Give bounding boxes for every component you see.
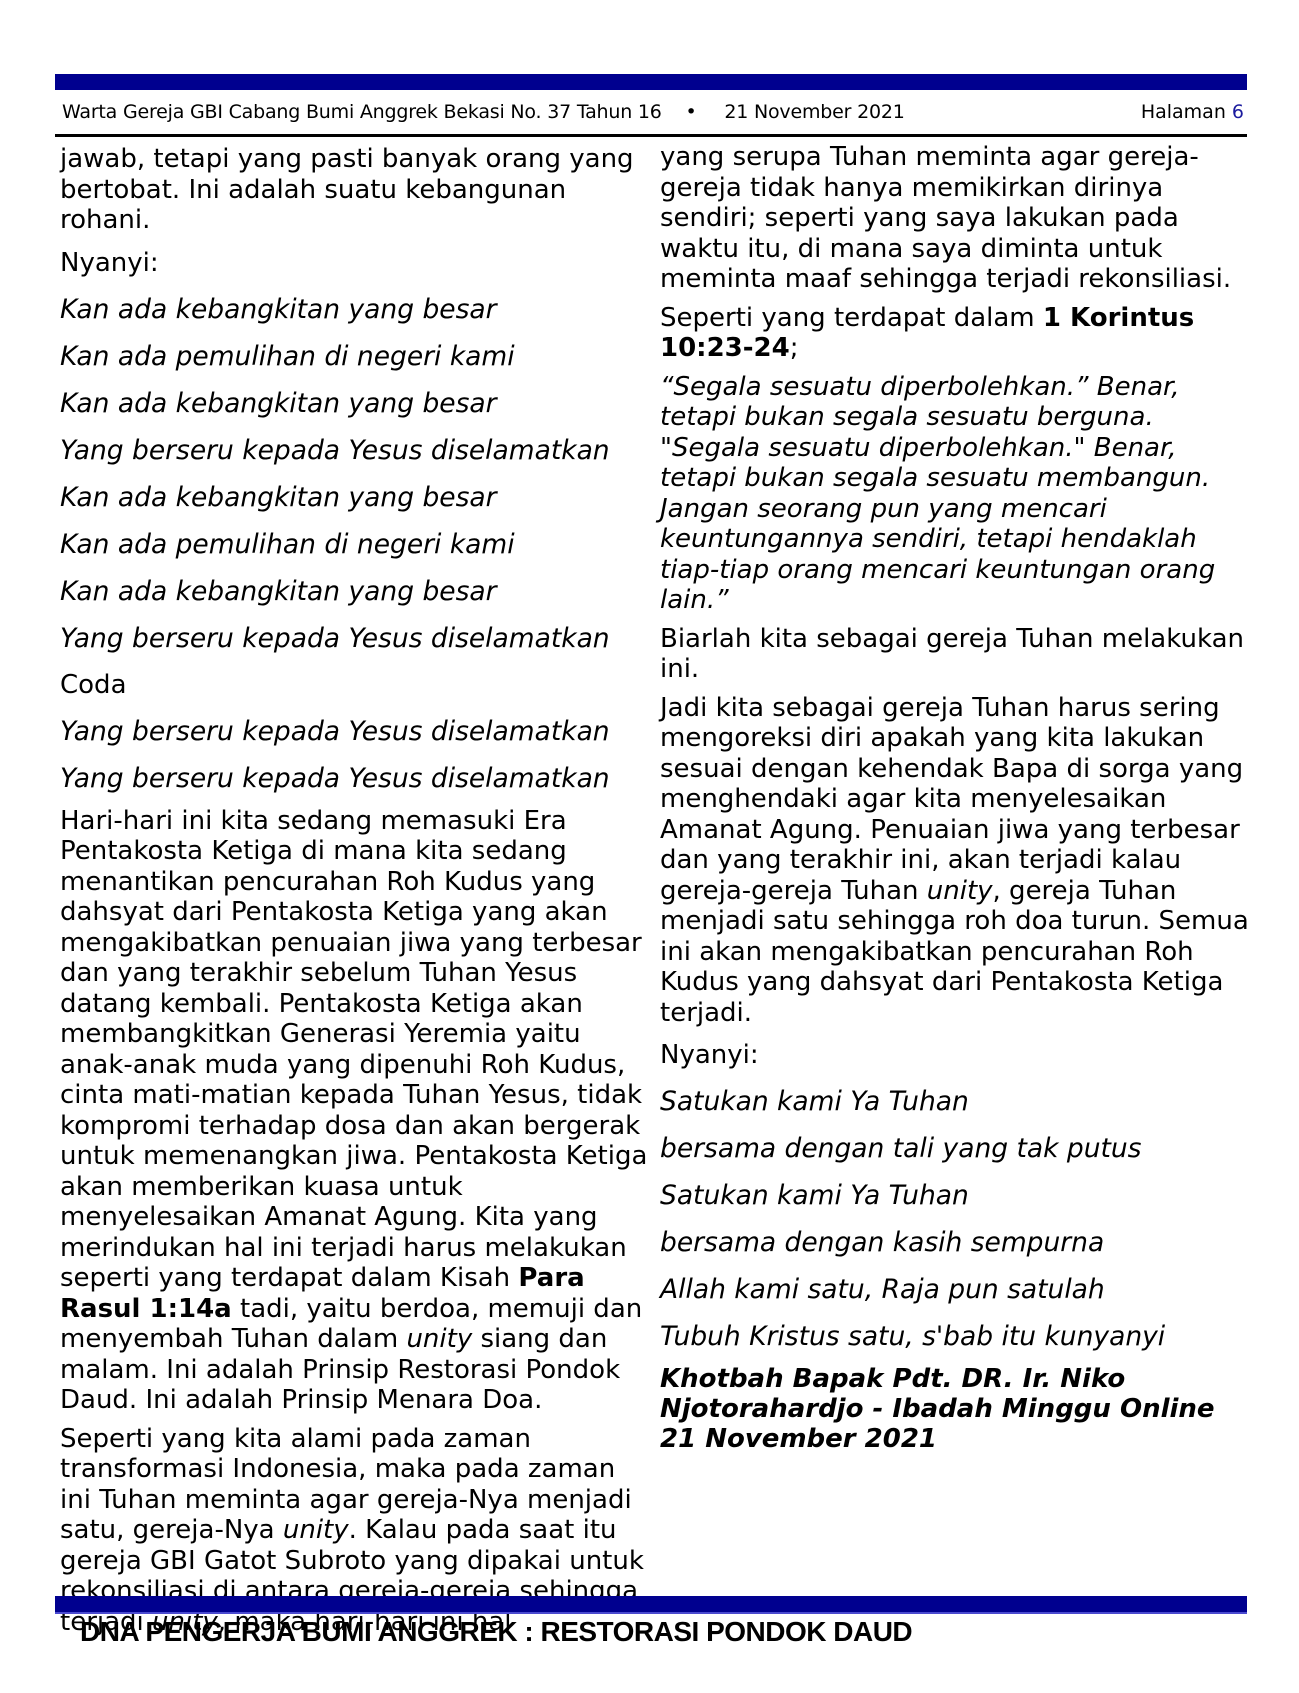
body-paragraph-rekonsiliasi: yang serupa Tuhan meminta agar gereja-ge… (660, 142, 1250, 295)
lyric-line: Tubuh Kristus satu, s'bab itu kunyanyi (660, 1317, 1250, 1356)
song1-lyrics: Kan ada kebangkitan yang besar Kan ada p… (60, 290, 650, 658)
lyric-line: Allah kami satu, Raja pun satulah (660, 1270, 1250, 1309)
emphasis-word: unity (927, 876, 993, 906)
song2-label: Nyanyi: (660, 1036, 1250, 1074)
lyric-line: Kan ada pemulihan di negeri kami (60, 525, 650, 564)
body-paragraph-pentakosta: Hari-hari ini kita sedang memasuki Era P… (60, 806, 650, 1416)
lyric-line: bersama dengan tali yang tak putus (660, 1129, 1250, 1168)
issue-date: 21 November 2021 (724, 101, 904, 123)
sermon-credit: Khotbah Bapak Pdt. DR. Ir. Niko Njotorah… (660, 1364, 1250, 1454)
bullet-separator: • (686, 101, 697, 123)
coda-label: Coda (60, 666, 650, 704)
lyric-line: Yang berseru kepada Yesus diselamatkan (60, 431, 650, 470)
header-top-bar (55, 74, 1247, 90)
intro-paragraph: jawab, tetapi yang pasti banyak orang ya… (60, 144, 650, 236)
text-span: ; (790, 333, 799, 363)
emphasis-word: unity (283, 1515, 349, 1545)
body-paragraph-korintus: Seperti yang terdapat dalam 1 Korintus 1… (660, 303, 1250, 364)
publication-title: Warta Gereja GBI Cabang Bumi Anggrek Bek… (62, 101, 662, 123)
right-column: yang serupa Tuhan meminta agar gereja-ge… (660, 142, 1250, 1462)
lyric-line: Kan ada kebangkitan yang besar (60, 572, 650, 611)
lyric-line: Yang berseru kepada Yesus diselamatkan (60, 712, 650, 751)
song1-label: Nyanyi: (60, 244, 650, 282)
header-divider (55, 134, 1247, 137)
lyric-line: Kan ada pemulihan di negeri kami (60, 337, 650, 376)
footer-bar (55, 1596, 1247, 1612)
lyric-line: Kan ada kebangkitan yang besar (60, 384, 650, 423)
footer-title: DNA PENGERJA BUMI ANGGREK : RESTORASI PO… (80, 1616, 912, 1648)
song2-lyrics: Satukan kami Ya Tuhan bersama dengan tal… (660, 1082, 1250, 1356)
lyric-line: Kan ada kebangkitan yang besar (60, 478, 650, 517)
page-label: Halaman (1141, 101, 1226, 123)
page-header: Warta Gereja GBI Cabang Bumi Anggrek Bek… (62, 98, 1244, 126)
left-column: jawab, tetapi yang pasti banyak orang ya… (60, 144, 650, 1645)
emphasis-word: unity (406, 1324, 472, 1354)
coda-lyrics: Yang berseru kepada Yesus diselamatkan Y… (60, 712, 650, 798)
lyric-line: bersama dengan kasih sempurna (660, 1223, 1250, 1262)
lyric-line: Yang berseru kepada Yesus diselamatkan (60, 619, 650, 658)
text-span: Seperti yang terdapat dalam (660, 303, 1043, 333)
page-number: 6 (1232, 101, 1244, 123)
lyric-line: Kan ada kebangkitan yang besar (60, 290, 650, 329)
footer-bar-underline (55, 1612, 1247, 1614)
page-indicator: Halaman 6 (1141, 101, 1244, 123)
lyric-line: Yang berseru kepada Yesus diselamatkan (60, 759, 650, 798)
scripture-quote: “Segala sesuatu diperbolehkan.” Benar, t… (660, 372, 1250, 616)
header-publication-info: Warta Gereja GBI Cabang Bumi Anggrek Bek… (62, 101, 1141, 123)
lyric-line: Satukan kami Ya Tuhan (660, 1176, 1250, 1215)
body-paragraph-biarlah: Biarlah kita sebagai gereja Tuhan melaku… (660, 624, 1250, 685)
body-paragraph-mengoreksi: Jadi kita sebagai gereja Tuhan harus ser… (660, 693, 1250, 1029)
text-span: Jadi kita sebagai gereja Tuhan harus ser… (660, 693, 1243, 906)
text-span: Hari-hari ini kita sedang memasuki Era P… (60, 806, 647, 1294)
lyric-line: Satukan kami Ya Tuhan (660, 1082, 1250, 1121)
